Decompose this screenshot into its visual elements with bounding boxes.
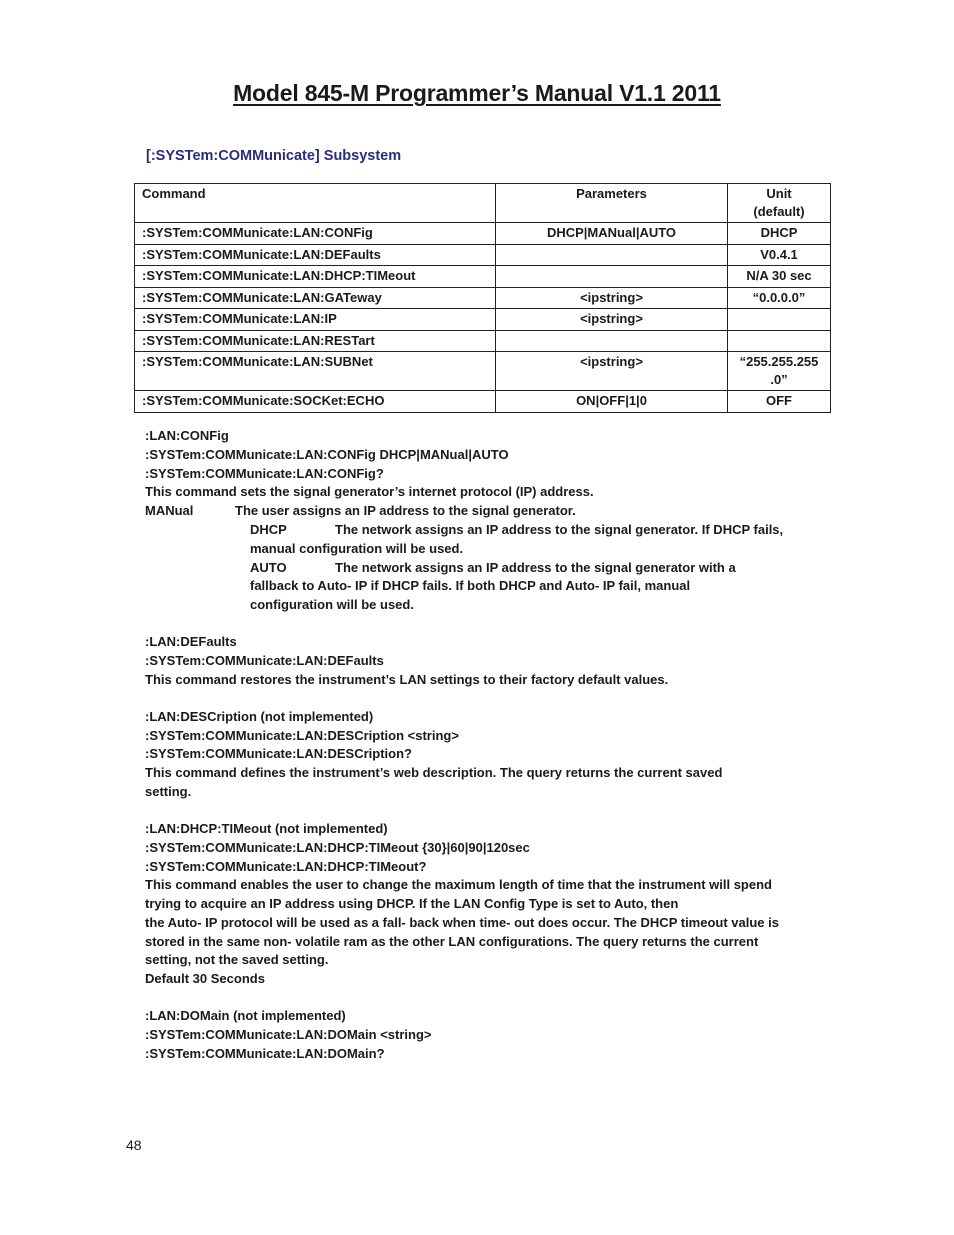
cell-command: :SYSTem:COMMunicate:SOCKet:ECHO — [135, 391, 496, 413]
cell-parameters — [496, 266, 728, 288]
command-descriptions: :LAN:CONFig :SYSTem:COMMunicate:LAN:CONF… — [145, 427, 825, 1064]
cell-unit-line2: .0” — [735, 371, 823, 389]
option-description: The network assigns an IP address to the… — [335, 521, 783, 540]
option-dhcp: DHCP The network assigns an IP address t… — [250, 521, 825, 540]
entry-domain-short: :LAN:DOMain (not implemented) — [145, 1007, 825, 1026]
entry-dhcp-timeout-text: stored in the same non- volatile ram as … — [145, 933, 825, 952]
cell-unit: DHCP — [728, 223, 831, 245]
entry-config-set: :SYSTem:COMMunicate:LAN:CONFig DHCP|MANu… — [145, 446, 825, 465]
entry-dhcp-timeout-short: :LAN:DHCP:TIMeout (not implemented) — [145, 820, 825, 839]
cell-unit: N/A 30 sec — [728, 266, 831, 288]
option-keyword: DHCP — [250, 521, 335, 540]
table-row: :SYSTem:COMMunicate:LAN:GATeway <ipstrin… — [135, 287, 831, 309]
option-keyword: AUTO — [250, 559, 335, 578]
cell-parameters: <ipstring> — [496, 352, 728, 391]
entry-config-short: :LAN:CONFig — [145, 427, 825, 446]
cell-unit: “0.0.0.0” — [728, 287, 831, 309]
command-table: Command Parameters Unit (default) :SYSTe… — [134, 183, 831, 413]
entry-description-short: :LAN:DESCription (not implemented) — [145, 708, 825, 727]
option-sublist: DHCP The network assigns an IP address t… — [145, 521, 825, 615]
table-row: :SYSTem:COMMunicate:LAN:IP <ipstring> — [135, 309, 831, 331]
cell-command: :SYSTem:COMMunicate:LAN:RESTart — [135, 330, 496, 352]
table-header-row: Command Parameters Unit (default) — [135, 184, 831, 223]
entry-description-query: :SYSTem:COMMunicate:LAN:DESCription? — [145, 745, 825, 764]
cell-unit-line1: “255.255.255 — [735, 353, 823, 371]
column-header-unit-line1: Unit — [735, 185, 823, 203]
entry-description-text: setting. — [145, 783, 825, 802]
cell-unit — [728, 309, 831, 331]
entry-defaults-description: This command restores the instrument’s L… — [145, 671, 825, 690]
option-description-cont: manual configuration will be used. — [250, 540, 825, 559]
option-description-cont: configuration will be used. — [250, 596, 825, 615]
document-title: Model 845-M Programmer’s Manual V1.1 201… — [0, 80, 954, 107]
option-description-cont: fallback to Auto- IP if DHCP fails. If b… — [250, 577, 825, 596]
cell-command: :SYSTem:COMMunicate:LAN:CONFig — [135, 223, 496, 245]
table-row: :SYSTem:COMMunicate:SOCKet:ECHO ON|OFF|1… — [135, 391, 831, 413]
option-auto: AUTO The network assigns an IP address t… — [250, 559, 825, 578]
cell-unit: “255.255.255 .0” — [728, 352, 831, 391]
entry-config-query: :SYSTem:COMMunicate:LAN:CONFig? — [145, 465, 825, 484]
cell-unit — [728, 330, 831, 352]
section-heading: [:SYSTem:COMMunicate] Subsystem — [146, 148, 401, 164]
cell-parameters: <ipstring> — [496, 309, 728, 331]
entry-description-set: :SYSTem:COMMunicate:LAN:DESCription <str… — [145, 727, 825, 746]
entry-domain-query: :SYSTem:COMMunicate:LAN:DOMain? — [145, 1045, 825, 1064]
table-row: :SYSTem:COMMunicate:LAN:CONFig DHCP|MANu… — [135, 223, 831, 245]
entry-dhcp-timeout-text: the Auto- IP protocol will be used as a … — [145, 914, 825, 933]
cell-parameters: <ipstring> — [496, 287, 728, 309]
entry-dhcp-timeout-text: setting, not the saved setting. — [145, 951, 825, 970]
table-row: :SYSTem:COMMunicate:LAN:SUBNet <ipstring… — [135, 352, 831, 391]
column-header-command: Command — [135, 184, 496, 223]
table-row: :SYSTem:COMMunicate:LAN:DEFaults V0.4.1 — [135, 244, 831, 266]
cell-parameters — [496, 330, 728, 352]
entry-dhcp-timeout-text: This command enables the user to change … — [145, 876, 825, 895]
entry-dhcp-timeout-query: :SYSTem:COMMunicate:LAN:DHCP:TIMeout? — [145, 858, 825, 877]
entry-domain-set: :SYSTem:COMMunicate:LAN:DOMain <string> — [145, 1026, 825, 1045]
cell-command: :SYSTem:COMMunicate:LAN:SUBNet — [135, 352, 496, 391]
cell-command: :SYSTem:COMMunicate:LAN:DEFaults — [135, 244, 496, 266]
entry-defaults-set: :SYSTem:COMMunicate:LAN:DEFaults — [145, 652, 825, 671]
column-header-unit-line2: (default) — [735, 203, 823, 221]
option-description: The user assigns an IP address to the si… — [235, 502, 576, 521]
cell-command: :SYSTem:COMMunicate:LAN:GATeway — [135, 287, 496, 309]
option-manual: MANual The user assigns an IP address to… — [145, 502, 825, 521]
cell-parameters: DHCP|MANual|AUTO — [496, 223, 728, 245]
entry-dhcp-timeout-text: trying to acquire an IP address using DH… — [145, 895, 825, 914]
page-number: 48 — [126, 1137, 142, 1153]
cell-unit: V0.4.1 — [728, 244, 831, 266]
cell-parameters — [496, 244, 728, 266]
option-keyword: MANual — [145, 502, 235, 521]
entry-config-description: This command sets the signal generator’s… — [145, 483, 825, 502]
table-row: :SYSTem:COMMunicate:LAN:RESTart — [135, 330, 831, 352]
cell-unit: OFF — [728, 391, 831, 413]
cell-command: :SYSTem:COMMunicate:LAN:DHCP:TIMeout — [135, 266, 496, 288]
column-header-parameters: Parameters — [496, 184, 728, 223]
column-header-unit: Unit (default) — [728, 184, 831, 223]
entry-defaults-short: :LAN:DEFaults — [145, 633, 825, 652]
cell-command: :SYSTem:COMMunicate:LAN:IP — [135, 309, 496, 331]
option-description: The network assigns an IP address to the… — [335, 559, 736, 578]
entry-description-text: This command defines the instrument’s we… — [145, 764, 825, 783]
cell-parameters: ON|OFF|1|0 — [496, 391, 728, 413]
table-row: :SYSTem:COMMunicate:LAN:DHCP:TIMeout N/A… — [135, 266, 831, 288]
entry-dhcp-timeout-set: :SYSTem:COMMunicate:LAN:DHCP:TIMeout {30… — [145, 839, 825, 858]
entry-dhcp-timeout-default: Default 30 Seconds — [145, 970, 825, 989]
